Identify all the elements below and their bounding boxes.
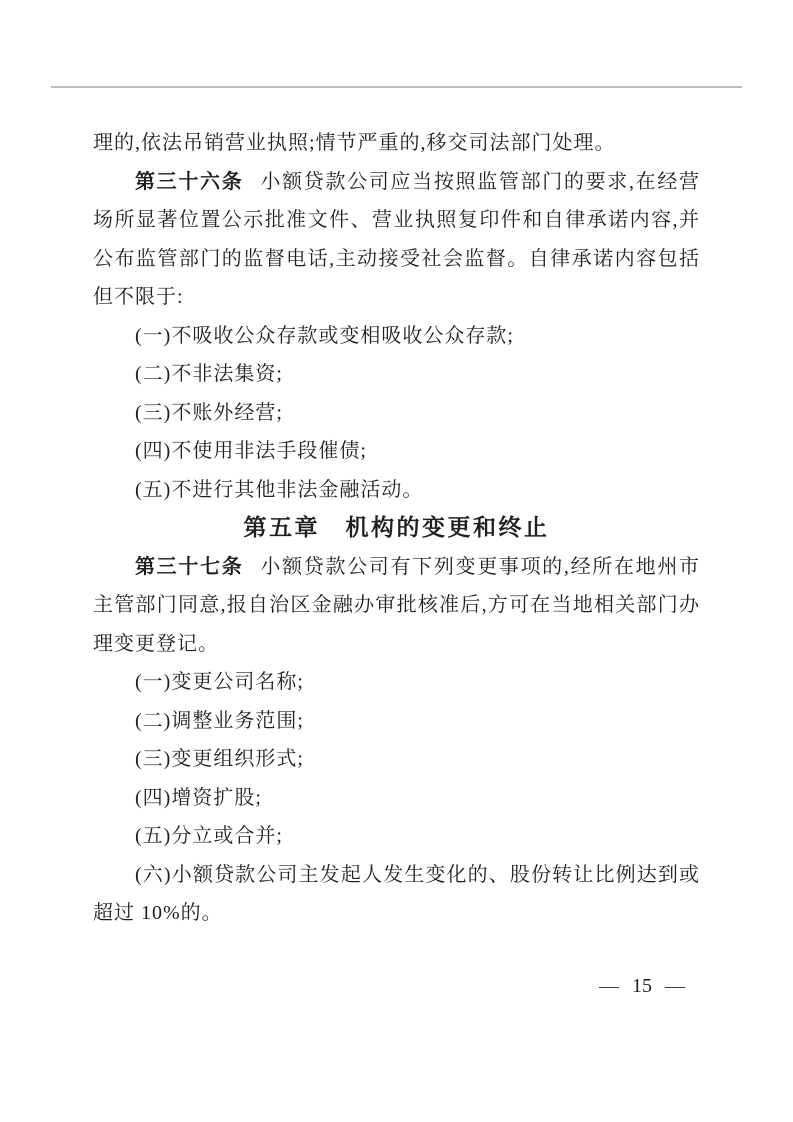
article-37-label: 第三十七条 <box>135 556 243 578</box>
article-37-item-4: (四)增资扩股; <box>93 779 700 818</box>
page-number-dash-left: — <box>599 975 619 997</box>
document-page: 理的,依法吊销营业执照;情节严重的,移交司法部门处理。 第三十六条小额贷款公司应… <box>0 0 793 1122</box>
article-36-item-1: (一)不吸收公众存款或变相吸收公众存款; <box>93 317 700 356</box>
article-37-item-1: (一)变更公司名称; <box>93 663 700 702</box>
header-rule <box>51 86 742 88</box>
article-36-label: 第三十六条 <box>135 171 243 193</box>
continued-paragraph: 理的,依法吊销营业执照;情节严重的,移交司法部门处理。 <box>93 124 700 163</box>
article-37-item-5: (五)分立或合并; <box>93 817 700 856</box>
document-content: 理的,依法吊销营业执照;情节严重的,移交司法部门处理。 第三十六条小额贷款公司应… <box>93 124 700 933</box>
article-36-paragraph: 第三十六条小额贷款公司应当按照监管部门的要求,在经营场所显著位置公示批准文件、营… <box>93 163 700 317</box>
page-number: —15— <box>93 972 685 1000</box>
article-36-item-3: (三)不账外经营; <box>93 394 700 433</box>
page-number-value: 15 <box>632 975 652 997</box>
page-number-dash-right: — <box>665 975 685 997</box>
article-36-item-5: (五)不进行其他非法金融活动。 <box>93 471 700 510</box>
article-37-item-2: (二)调整业务范围; <box>93 702 700 741</box>
article-36-item-4: (四)不使用非法手段催债; <box>93 432 700 471</box>
chapter-5-heading: 第五章 机构的变更和终止 <box>93 509 700 548</box>
article-36-item-2: (二)不非法集资; <box>93 355 700 394</box>
article-37-item-6: (六)小额贷款公司主发起人发生变化的、股份转让比例达到或超过 10%的。 <box>93 856 700 933</box>
article-37-paragraph: 第三十七条小额贷款公司有下列变更事项的,经所在地州市主管部门同意,报自治区金融办… <box>93 548 700 664</box>
article-37-item-3: (三)变更组织形式; <box>93 740 700 779</box>
